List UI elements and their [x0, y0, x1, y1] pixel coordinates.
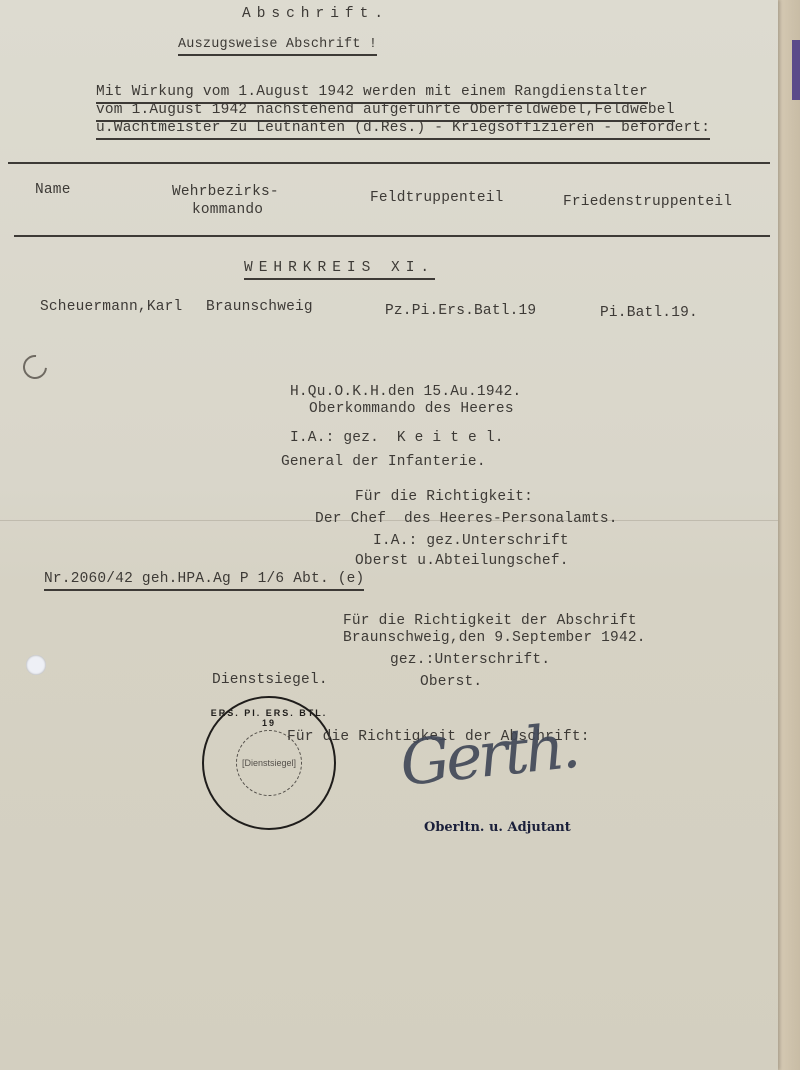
- cert-line-1: Für die Richtigkeit der Abschrift: [343, 613, 637, 630]
- header-district-line1: Wehrbezirks-: [172, 184, 279, 201]
- header-peace-unit: Friedenstruppenteil: [563, 194, 732, 211]
- seal-label: Dienstsiegel.: [212, 672, 328, 689]
- hpa-line-2: Der Chef des Heeres-Personalamts.: [315, 511, 618, 528]
- table-top-rule: [8, 162, 770, 164]
- table-header-rule: [14, 235, 770, 237]
- okh-line-4: General der Infanterie.: [281, 454, 486, 471]
- document-heading: Abschrift.: [242, 6, 389, 23]
- seal-legend: ERS. PI. ERS. BTL. 19: [204, 708, 334, 728]
- row-district: Braunschweig: [206, 299, 313, 316]
- hpa-line-1: Für die Richtigkeit:: [355, 489, 533, 506]
- intro-line-1: Mit Wirkung vom 1.August 1942 werden mit…: [96, 84, 648, 104]
- cert-rank: Oberst.: [420, 674, 482, 691]
- row-name: Scheuermann,Karl: [40, 299, 182, 316]
- punch-hole-mark: [18, 350, 52, 384]
- service-seal: ERS. PI. ERS. BTL. 19 [Dienstsiegel]: [202, 696, 336, 830]
- header-district-line2: kommando: [192, 202, 263, 219]
- okh-line-1: H.Qu.O.K.H.den 15.Au.1942.: [290, 384, 521, 401]
- header-name: Name: [35, 182, 71, 199]
- okh-line-3: I.A.: gez. K e i t e l.: [290, 430, 504, 447]
- row-peace-unit: Pi.Batl.19.: [600, 305, 698, 322]
- header-field-unit: Feldtruppenteil: [370, 190, 504, 207]
- cert-line-2: Braunschweig,den 9.September 1942.: [343, 630, 646, 647]
- reference-number: Nr.2060/42 geh.HPA.Ag P 1/6 Abt. (e): [44, 571, 364, 591]
- document-subheading: Auszugsweise Abschrift !: [178, 36, 377, 56]
- section-wehrkreis: WEHRKREIS XI.: [244, 260, 435, 280]
- hpa-line-3: I.A.: gez.Unterschrift: [373, 533, 569, 550]
- row-field-unit: Pz.Pi.Ers.Batl.19: [385, 303, 536, 320]
- handwritten-signature: Gerth.: [397, 709, 580, 800]
- folder-tab: [792, 40, 800, 100]
- okh-line-2: Oberkommando des Heeres: [309, 401, 514, 418]
- cert-line-3: gez.:Unterschrift.: [390, 652, 550, 669]
- hpa-line-4: Oberst u.Abteilungschef.: [355, 553, 569, 570]
- punch-hole: [26, 655, 46, 675]
- adjutant-title-stamp: Oberltn. u. Adjutant: [424, 820, 571, 835]
- intro-line-2: vom 1.August 1942 nachstehend aufgeführt…: [96, 102, 675, 122]
- intro-line-3: u.Wachtmeister zu Leutnanten (d.Res.) - …: [96, 120, 710, 140]
- document-page: Abschrift. Auszugsweise Abschrift ! Mit …: [0, 0, 778, 1070]
